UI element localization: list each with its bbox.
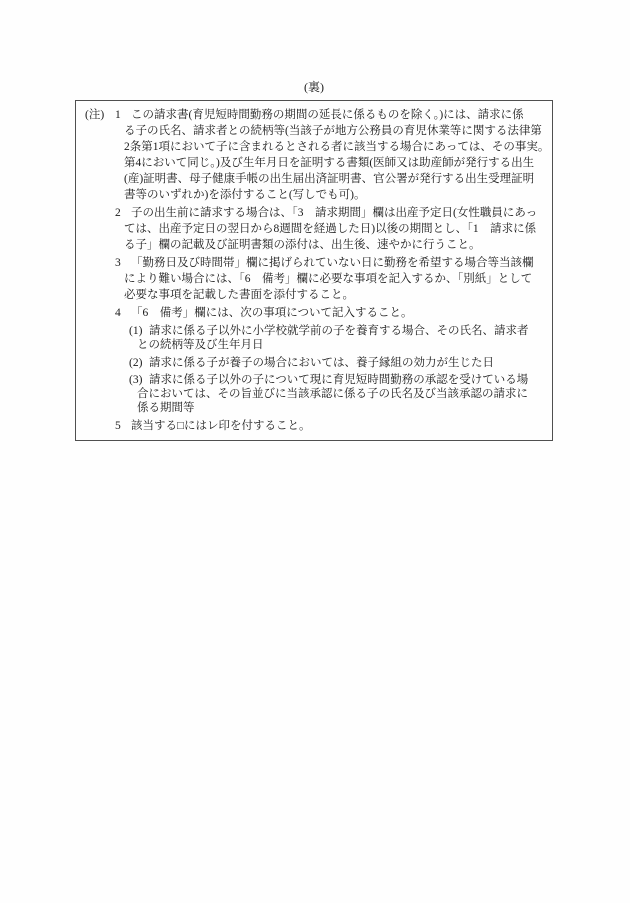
note-line: により難い場合には、「6 備考」欄に必要な事項を記入するか、「別紙」として [124, 271, 552, 287]
note-line: 「6 備考」欄には、次の事項について記入すること。 [131, 305, 552, 321]
note-item-number: 1 [115, 107, 121, 123]
note-item-number: (1) [129, 325, 142, 339]
note-line: る子」欄の記載及び証明書類の添付は、出生後、速やかに行うこと。 [124, 237, 552, 253]
notes-list: 1この請求書(育児短時間勤務の期間の延長に係るものを除く。)には、請求に係る子の… [115, 107, 552, 434]
note-item-p2p: (2)請求に係る子が養子の場合においては、養子縁組の効力が生じた日 [129, 357, 552, 371]
note-line: 2条第1項において子に含まれるとされる者に該当する場合にあっては、その事実。 [124, 139, 552, 155]
note-line: る子の氏名、請求者との続柄等(当該子が地方公務員の育児休業等に関する法律第 [124, 123, 552, 139]
note-item-4: 4「6 備考」欄には、次の事項について記入すること。 [115, 305, 552, 321]
note-item-number: 4 [115, 305, 121, 321]
note-line: 必要な事項を記載した書面を添付すること。 [124, 287, 552, 303]
note-item-p1p: (1)請求に係る子以外に小学校就学前の子を養育する場合、その氏名、請求者との続柄… [129, 325, 552, 353]
note-line: 「勤務日及び時間帯」欄に掲げられていない日に勤務を希望する場合等当該欄 [131, 255, 552, 271]
page-side-label: (裏) [75, 78, 553, 95]
note-item-1: 1この請求書(育児短時間勤務の期間の延長に係るものを除く。)には、請求に係る子の… [115, 107, 552, 203]
note-line: 合においては、その旨並びに当該承認に係る子の氏名及び当該承認の請求に [137, 388, 552, 402]
document-page: (裏) (注) 1この請求書(育児短時間勤務の期間の延長に係るものを除く。)には… [0, 0, 630, 903]
note-line: 請求に係る子以外に小学校就学前の子を養育する場合、その氏名、請求者 [149, 325, 552, 339]
note-item-number: 3 [115, 255, 121, 271]
note-line: 係る期間等 [137, 402, 552, 416]
note-item-number: (3) [129, 374, 142, 388]
note-line: との続柄等及び生年月日 [137, 339, 552, 353]
note-item-number: (2) [129, 357, 142, 371]
note-line: 請求に係る子が養子の場合においては、養子縁組の効力が生じた日 [149, 357, 552, 371]
note-line: 請求に係る子以外の子について現に育児短時間勤務の承認を受けている場 [149, 374, 552, 388]
note-item-number: 5 [115, 418, 121, 434]
note-item-3: 3「勤務日及び時間帯」欄に掲げられていない日に勤務を希望する場合等当該欄により難… [115, 255, 552, 303]
note-line: 書等のいずれか)を添付すること(写しでも可)。 [124, 187, 552, 203]
notes-label: (注) [85, 107, 104, 123]
note-line: 子の出生前に請求する場合は、「3 請求期間」欄は出産予定日(女性職員にあっ [131, 205, 552, 221]
note-line: 第4において同じ。)及び生年月日を証明する書類(医師又は助産師が発行する出生 [124, 155, 552, 171]
note-line: (産)証明書、母子健康手帳の出生届出済証明書、官公署が発行する出生受理証明 [124, 171, 552, 187]
note-item-p3p: (3)請求に係る子以外の子について現に育児短時間勤務の承認を受けている場合におい… [129, 374, 552, 415]
notes-box: (注) 1この請求書(育児短時間勤務の期間の延長に係るものを除く。)には、請求に… [75, 100, 553, 441]
note-line: この請求書(育児短時間勤務の期間の延長に係るものを除く。)には、請求に係 [131, 107, 552, 123]
note-line: ては、出産予定日の翌日から8週間を経過した日)以後の期間とし、「1 請求に係 [124, 221, 552, 237]
note-item-2: 2子の出生前に請求する場合は、「3 請求期間」欄は出産予定日(女性職員にあっては… [115, 205, 552, 253]
note-item-5: 5該当する□にはレ印を付すること。 [115, 418, 552, 434]
note-line: 該当する□にはレ印を付すること。 [131, 418, 552, 434]
note-item-number: 2 [115, 205, 121, 221]
